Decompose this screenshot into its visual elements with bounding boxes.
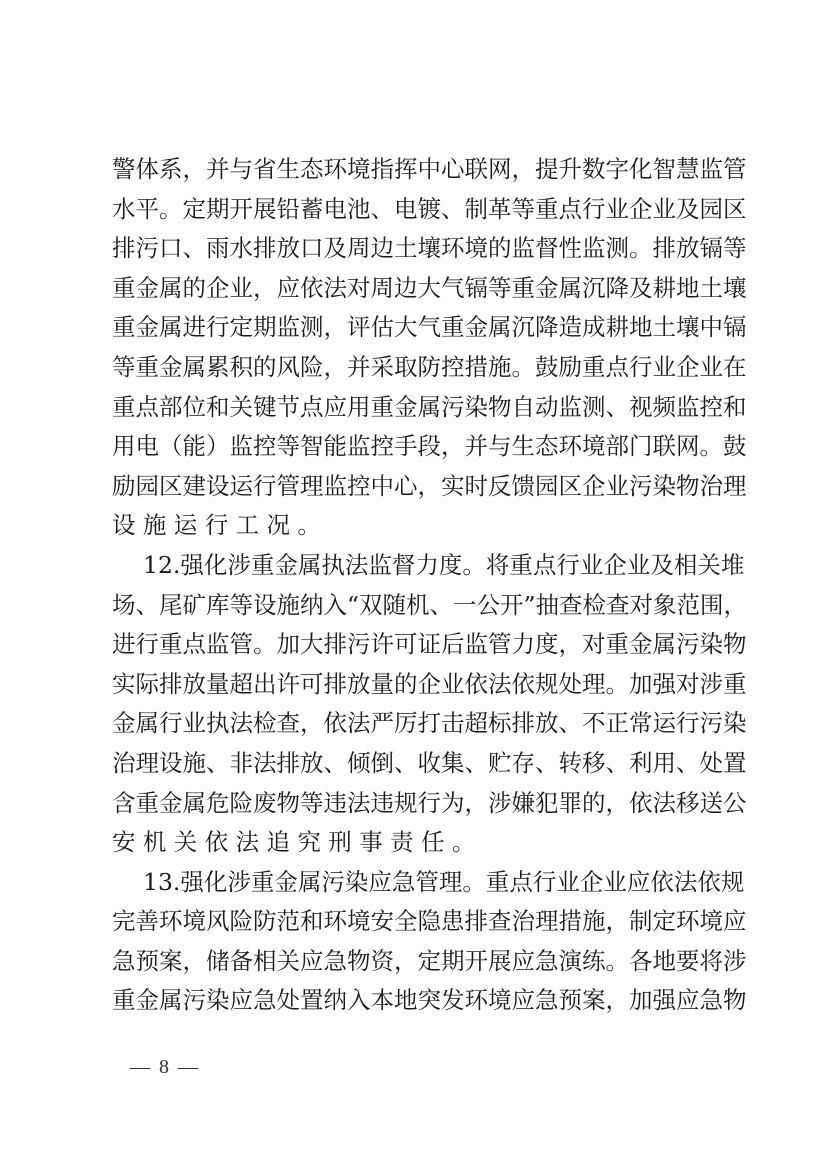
text-line: 实际排放量超出许可排放量的企业依法依规处理。加强对涉重 [112, 665, 716, 705]
text-line: 进行重点监管。加大排污许可证后监管力度，对重金属污染物 [112, 625, 716, 665]
text-line: 场、尾矿库等设施纳入“双随机、一公开”抽查检查对象范围， [112, 586, 716, 626]
page-number: — 8 — [130, 1056, 200, 1079]
text-line: 金属行业执法检查，依法严厉打击超标排放、不正常运行污染 [112, 704, 716, 744]
paragraph-item-12: 12.强化涉重金属执法监督力度。将重点行业企业及相关堆 场、尾矿库等设施纳入“双… [112, 546, 716, 863]
text-line: 重金属污染应急处置纳入本地突发环境应急预案，加强应急物 [112, 981, 716, 1021]
text-line: 急预案，储备相关应急物资，定期开展应急演练。各地要将涉 [112, 942, 716, 982]
text-line: 警体系，并与省生态环境指挥中心联网，提升数字化智慧监管 [112, 150, 716, 190]
text-line: 治理设施、非法排放、倾倒、收集、贮存、转移、利用、处置 [112, 744, 716, 784]
paragraph-continued: 警体系，并与省生态环境指挥中心联网，提升数字化智慧监管 水平。定期开展铅蓄电池、… [112, 150, 716, 546]
text-line: 重金属进行定期监测，评估大气重金属沉降造成耕地土壤中镉 [112, 308, 716, 348]
text-line: 水平。定期开展铅蓄电池、电镀、制革等重点行业企业及园区 [112, 190, 716, 230]
text-line: 等重金属累积的风险，并采取防控措施。鼓励重点行业企业在 [112, 348, 716, 388]
document-page: 警体系，并与省生态环境指挥中心联网，提升数字化智慧监管 水平。定期开展铅蓄电池、… [0, 0, 826, 1169]
text-line: 重点部位和关键节点应用重金属污染物自动监测、视频监控和 [112, 388, 716, 428]
paragraph-heading-line: 13.强化涉重金属污染应急管理。重点行业企业应依法依规 [112, 863, 716, 903]
text-line: 励园区建设运行管理监控中心，实时反馈园区企业污染物治理 [112, 467, 716, 507]
body-text: 警体系，并与省生态环境指挥中心联网，提升数字化智慧监管 水平。定期开展铅蓄电池、… [112, 150, 716, 1021]
text-line: 排污口、雨水排放口及周边土壤环境的监督性监测。排放镉等 [112, 229, 716, 269]
text-line: 完善环境风险防范和环境安全隐患排查治理措施，制定环境应 [112, 902, 716, 942]
text-line: 安机关依法追究刑事责任。 [112, 823, 716, 863]
text-line: 重金属的企业，应依法对周边大气镉等重金属沉降及耕地土壤 [112, 269, 716, 309]
paragraph-item-13: 13.强化涉重金属污染应急管理。重点行业企业应依法依规 完善环境风险防范和环境安… [112, 863, 716, 1021]
text-line: 设施运行工况。 [112, 506, 716, 546]
text-line: 含重金属危险废物等违法违规行为，涉嫌犯罪的，依法移送公 [112, 784, 716, 824]
text-line: 用电（能）监控等智能监控手段，并与生态环境部门联网。鼓 [112, 427, 716, 467]
paragraph-heading-line: 12.强化涉重金属执法监督力度。将重点行业企业及相关堆 [112, 546, 716, 586]
